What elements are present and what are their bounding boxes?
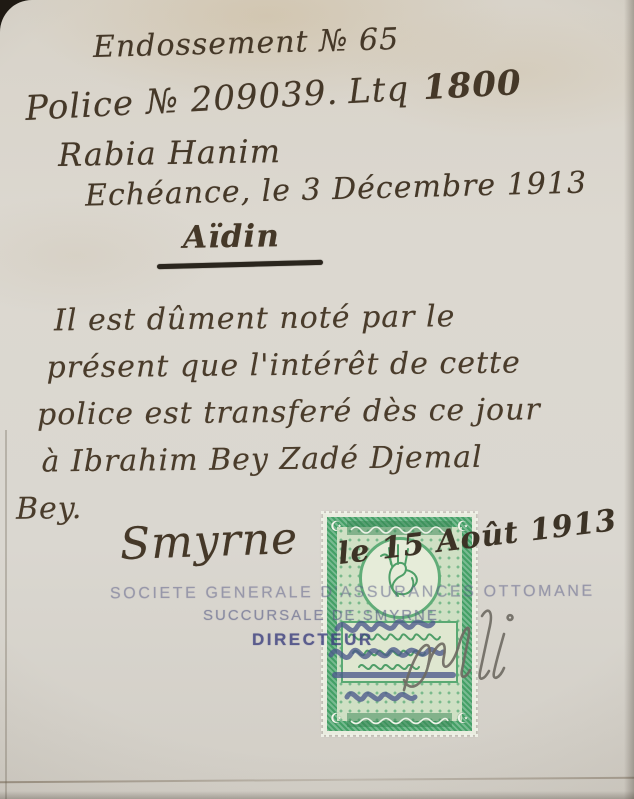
note-line: police est transferé dès ce jour	[15, 386, 541, 439]
paper-edge-line	[5, 430, 7, 799]
card-edge-shadow	[624, 0, 634, 799]
policy-currency: Ltq	[347, 69, 410, 112]
maturity-date-line: Echéance, le 3 Décembre 1913	[85, 165, 588, 213]
endorsement-note: Il est dûment noté par le présent que l'…	[14, 292, 542, 532]
photo-background: Endossement № 65 Police № 209039.Ltq1800…	[0, 0, 634, 799]
policy-number: Police № 209039.	[24, 73, 339, 129]
paper-crease	[0, 777, 634, 783]
director-rubber-stamp: DIRECTEUR	[252, 630, 374, 650]
city-underline	[157, 260, 323, 269]
agency-city: Aïdin	[183, 218, 280, 256]
endorsement-title: Endossement № 65	[93, 22, 400, 65]
note-line: Il est dûment noté par le	[14, 292, 540, 345]
policy-amount: 1800	[422, 63, 523, 108]
star-crescent-icon: ☪	[330, 520, 343, 534]
director-signature	[392, 594, 587, 714]
closing-place: Smyrne	[119, 513, 299, 570]
note-line: présent que l'intérêt de cette	[14, 339, 540, 392]
note-line: à Ibrahim Bey Zadé Djemal	[15, 433, 541, 486]
card-edge-shadow	[0, 791, 634, 799]
insured-name: Rabia Hanim	[58, 132, 282, 174]
policy-line: Police № 209039.Ltq1800	[24, 63, 522, 129]
document-card: Endossement № 65 Police № 209039.Ltq1800…	[0, 0, 634, 799]
